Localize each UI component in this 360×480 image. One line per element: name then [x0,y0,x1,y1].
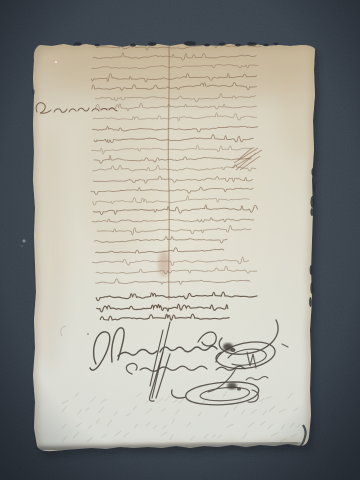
photo-vignette [0,0,360,480]
manuscript-photo [0,0,360,480]
photo-canvas [0,0,360,480]
